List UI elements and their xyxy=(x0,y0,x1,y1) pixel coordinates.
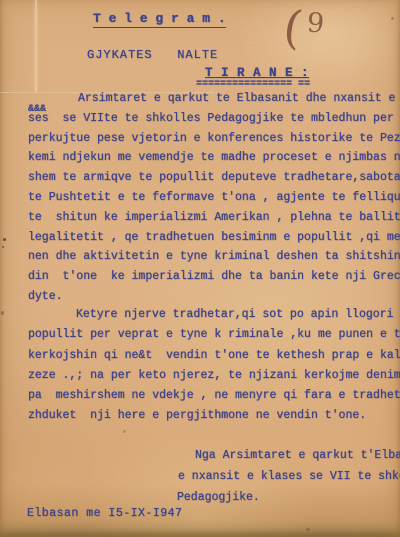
typewriter-strikeover: &&& xyxy=(28,104,46,115)
body-line: nen dhe aktivitetin e tyne kriminal desh… xyxy=(28,250,400,270)
paper-stain xyxy=(306,528,310,531)
body-line: legalitetit , qe tradhetuen besiminm e p… xyxy=(28,231,400,251)
body-line: din t'one ke imperializmi dhe ta banin k… xyxy=(28,270,400,290)
paper-stain xyxy=(391,17,394,20)
body-line: perkujtue pese vjetorin e konferences hi… xyxy=(28,132,400,152)
body-line: zeze .,; na per keto njerez, te njizani … xyxy=(28,369,400,389)
paper-stain xyxy=(123,430,126,433)
paragraph-1: &&& Arsimtaret e qarkut te Elbasanit dhe… xyxy=(28,92,400,310)
city-line: T I R A N E : xyxy=(205,66,309,80)
body-line: popullit per veprat e tyne k riminale ,k… xyxy=(28,328,400,348)
recipient-line: GJYKATES NALTE xyxy=(87,48,218,62)
body-line: te Pushtetit e te feformave t'ona , agje… xyxy=(28,191,400,211)
document-title: T e l e g r a m . xyxy=(93,11,226,28)
body-line: Ketyre njerve tradhetar,qi sot po apin l… xyxy=(28,308,400,328)
ink-speck xyxy=(2,246,4,248)
handwritten-annotation-digit: 9 xyxy=(306,7,325,39)
paper-crease-vertical xyxy=(35,0,37,92)
signature-line: e nxansit e klases se VII te shko xyxy=(178,470,400,483)
body-line: Arsimtaret e qarkut te Elbasanit dhe nxa… xyxy=(28,92,400,112)
body-line: kemi ndjekun me vemendje te madhe proces… xyxy=(28,151,400,171)
ink-speck xyxy=(3,238,6,241)
signature-line: Pedagogjike. xyxy=(177,491,260,504)
dateline: Elbasan me I5-IX-I947 xyxy=(27,507,182,520)
body-line: zhduket nji here e pergjithmone ne vendi… xyxy=(28,409,400,429)
paragraph-2: Ketyre njerve tradhetar,qi sot po apin l… xyxy=(28,308,400,430)
body-line: dyte. xyxy=(28,290,400,310)
body-line: ses se VIIte te shkolles Pedagogjike te … xyxy=(28,112,400,132)
signature-line: Nga Arsimtaret e qarkut t'Elba xyxy=(195,449,400,462)
ink-speck xyxy=(1,311,4,315)
document-page: ( 9 T e l e g r a m . GJYKATES NALTE T I… xyxy=(0,0,400,537)
body-line: pa meshirshem ne vdekje , ne menyre qi f… xyxy=(28,389,400,409)
city-underline: ================ == xyxy=(196,79,310,90)
body-line: shem te armiqve te popullit deputeve tra… xyxy=(28,171,400,191)
body-line: kerkojshin qi ne&t vendin t'one te kethe… xyxy=(28,349,400,369)
handwritten-annotation-paren: ( xyxy=(280,0,306,55)
body-line: te shitun ke imperializmi Amerikan , ple… xyxy=(28,211,400,231)
